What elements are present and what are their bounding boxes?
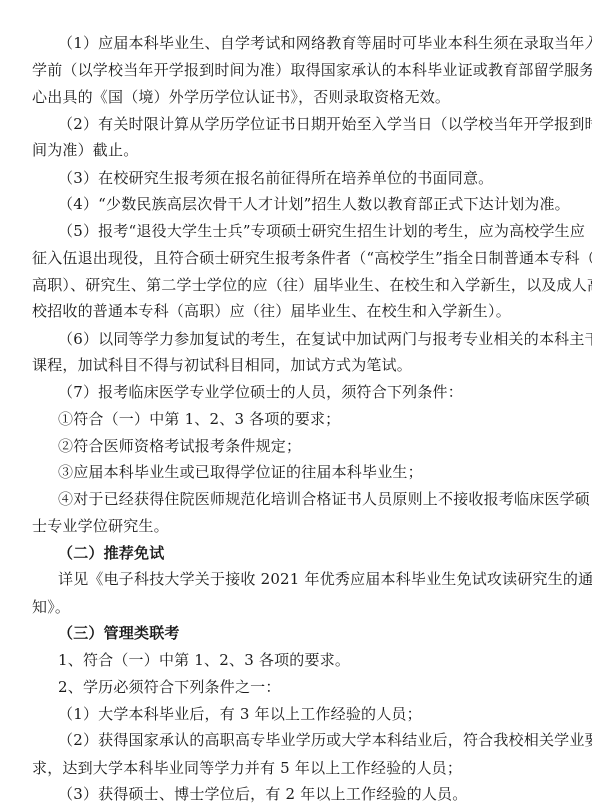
text-line: （5）报考“退役大学生士兵”专项硕士研究生招生计划的考生，应为高校学生应 <box>58 221 585 241</box>
text-line: 学前（以学校当年开学报到时间为准）取得国家承认的本科毕业证或教育部留学服务中 <box>32 60 592 80</box>
text-line: 间为准）截止。 <box>32 140 138 160</box>
text-line: 心出具的《国（境）外学历学位认证书》，否则录取资格无效。 <box>32 87 450 107</box>
document-page: （1）应届本科毕业生、自学考试和网络教育等届时可毕业本科生须在录取当年入学前（以… <box>0 0 592 809</box>
text-line: ②符合医师资格考试报考条件规定； <box>58 436 301 456</box>
text-line: ④对于已经获得住院医师规范化培训合格证书人员原则上不接收报考临床医学硕 <box>58 489 590 509</box>
text-line: （1）大学本科毕业后，有 3 年以上工作经验的人员； <box>58 704 422 724</box>
text-line: （3）在校研究生报考须在报名前征得所在培养单位的书面同意。 <box>58 168 493 188</box>
text-line: 2、学历必须符合下列条件之一： <box>58 677 281 697</box>
text-line: 课程，加试科目不得与初试科目相同，加试方式为笔试。 <box>32 355 412 375</box>
text-line: 士专业学位研究生。 <box>32 516 169 536</box>
text-line: ③应届本科毕业生或已取得学位证的往届本科毕业生； <box>58 462 423 482</box>
text-line: （6）以同等学力参加复试的考生，在复试中加试两门与报考专业相关的本科主干 <box>58 329 592 349</box>
text-line: （3）获得硕士、博士学位后，有 2 年以上工作经验的人员。 <box>58 784 467 804</box>
text-line: 知》。 <box>32 597 70 617</box>
text-line: 高职）、研究生、第二学士学位的应（往）届毕业生、在校生和入学新生，以及成人高 <box>32 275 592 295</box>
text-line: （2）获得国家承认的高职高专毕业学历或大学本科结业后，符合我校相关学业要 <box>58 730 592 750</box>
text-line: （2）有关时限计算从学历学位证书日期开始至入学当日（以学校当年开学报到时 <box>58 114 592 134</box>
text-line: （7）报考临床医学专业学位硕士的人员，须符合下列条件： <box>58 382 463 402</box>
section-heading: （二）推荐免试 <box>58 543 164 563</box>
text-line: （1）应届本科毕业生、自学考试和网络教育等届时可毕业本科生须在录取当年入 <box>58 33 592 53</box>
text-line: （4）“少数民族高层次骨干人才计划”招生人数以教育部正式下达计划为准。 <box>58 194 570 214</box>
section-heading: （三）管理类联考 <box>58 623 180 643</box>
text-line: ①符合（一）中第 1、2、3 各项的要求； <box>58 409 340 429</box>
text-line: 求，达到大学本科毕业同等学力并有 5 年以上工作经验的人员； <box>32 758 462 778</box>
text-line: 详见《电子科技大学关于接收 2021 年优秀应届本科毕业生免试攻读研究生的通 <box>58 569 592 589</box>
text-line: 校招收的普通本专科（高职）应（往）届毕业生、在校生和入学新生）。 <box>32 301 511 321</box>
text-line: 征入伍退出现役，且符合硕士研究生报考条件者（“高校学生”指全日制普通本专科（含 <box>32 248 592 268</box>
text-line: 1、符合（一）中第 1、2、3 各项的要求。 <box>58 650 350 670</box>
